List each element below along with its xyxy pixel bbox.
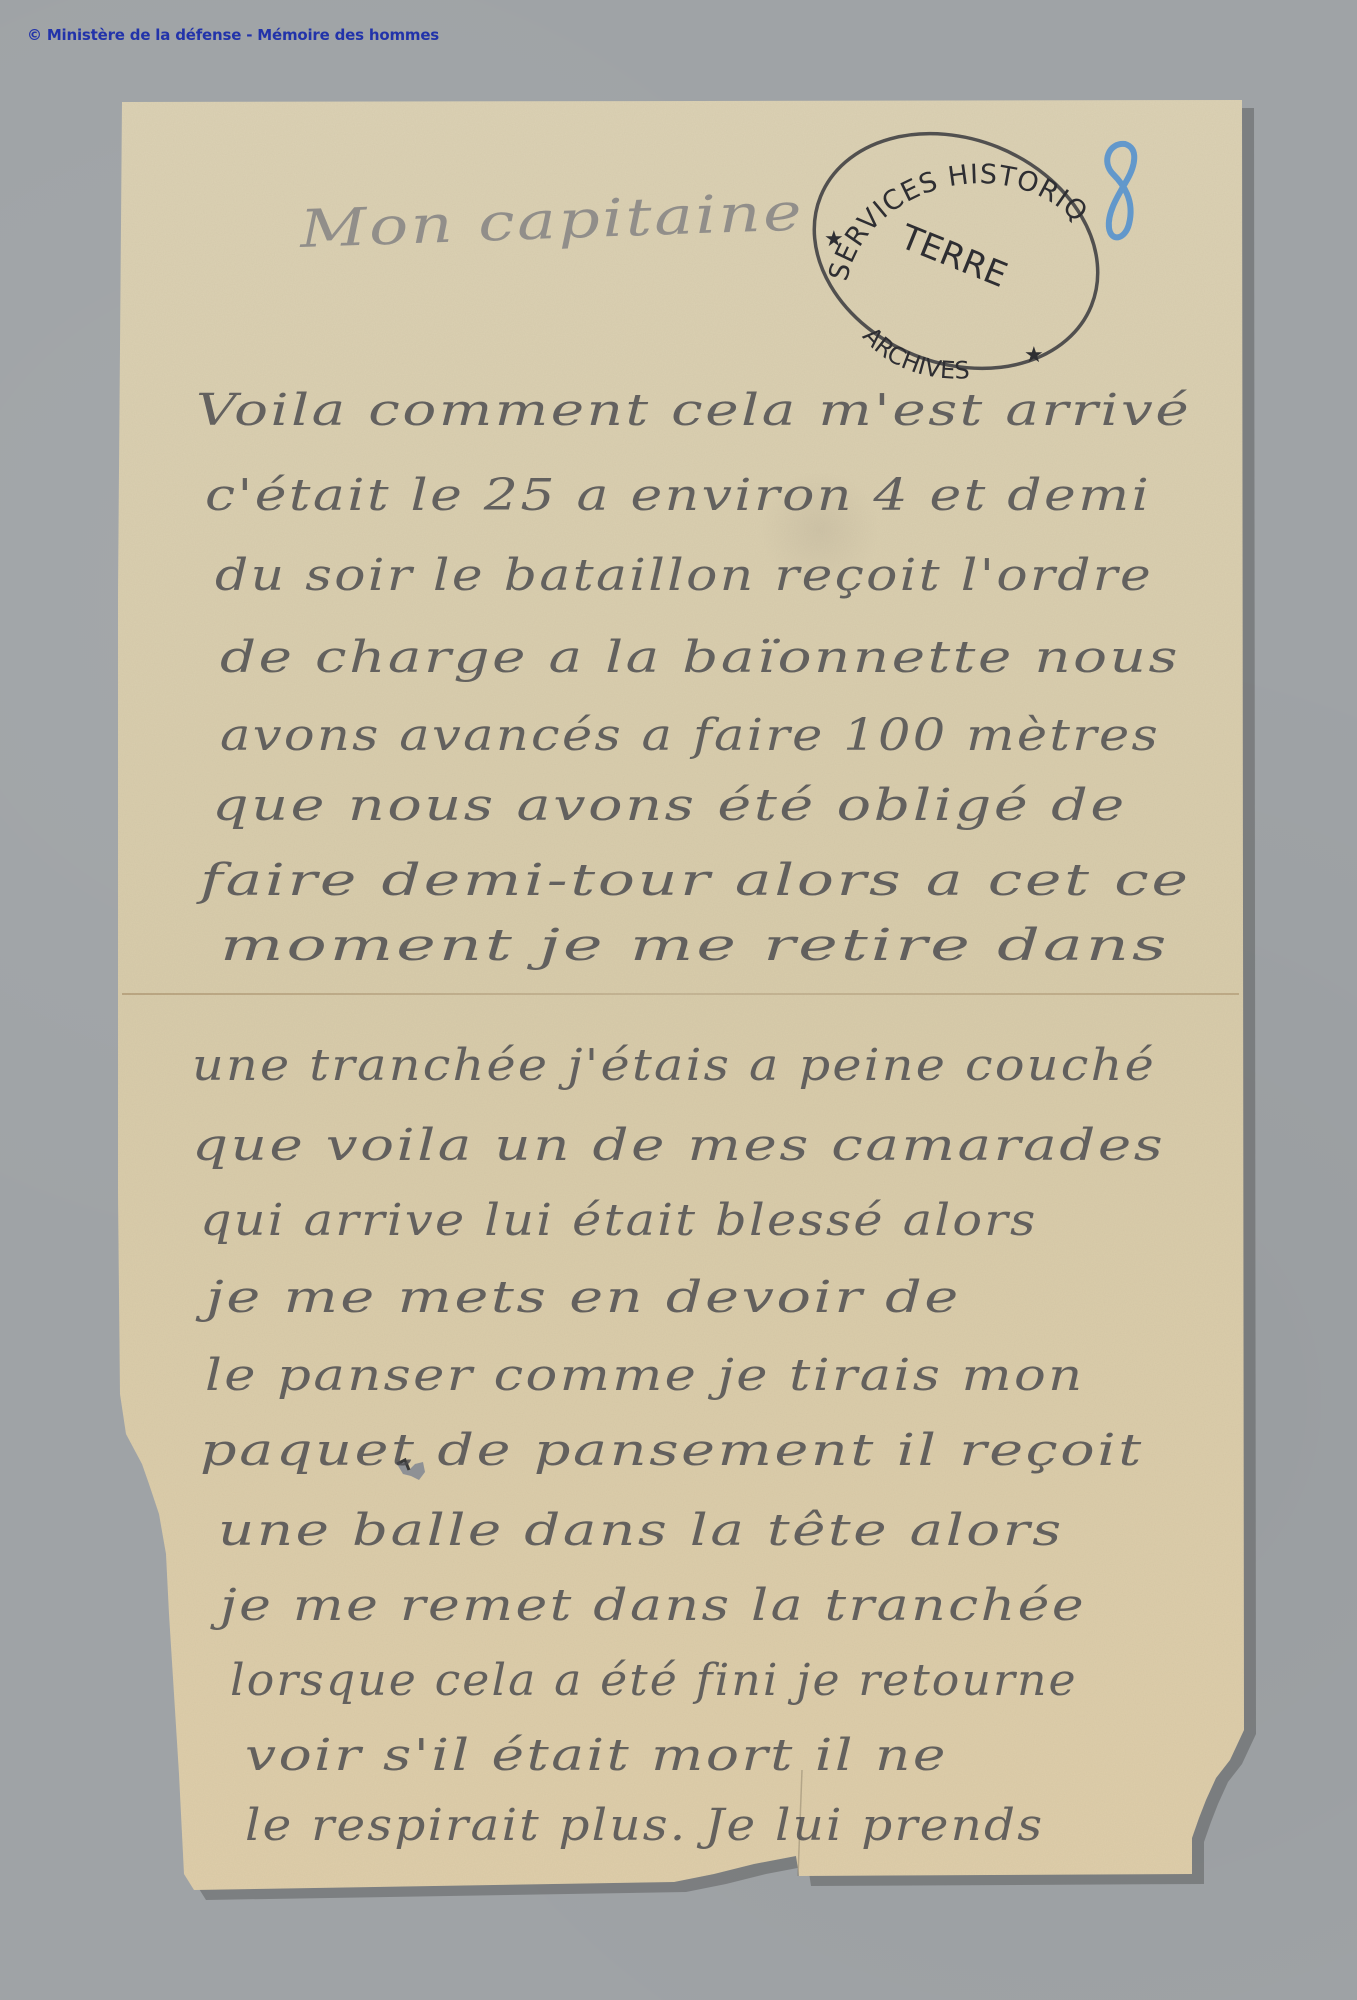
letter-line: le panser comme je tirais mon: [205, 1350, 1085, 1401]
letter-line: lorsque cela a été fini je retourne: [230, 1655, 1078, 1706]
letter-line: je me remet dans la tranchée: [220, 1580, 1086, 1631]
star-icon: ★: [824, 226, 844, 251]
letter-line: voir s'il était mort il ne: [245, 1730, 948, 1781]
archive-stamp: SERVICES HISTORIQUES TERRE ARCHIVES ★ ★: [806, 128, 1106, 374]
letter-line: paquet de pansement il reçoit: [200, 1425, 1144, 1476]
folio-number: [1095, 140, 1145, 250]
letter-line: le respirait plus. Je lui prends: [245, 1800, 1044, 1851]
letter-line: qui arrive lui était blessé alors: [200, 1195, 1038, 1246]
fold-crease: [122, 993, 1239, 995]
letter-line: du soir le bataillon reçoit l'ordre: [215, 550, 1153, 601]
letter-line: de charge a la baïonnette nous: [220, 632, 1180, 683]
letter-line: je me mets en devoir de: [206, 1272, 961, 1323]
letter-line: une balle dans la tête alors: [218, 1505, 1064, 1556]
letter-line: que nous avons été obligé de: [212, 780, 1127, 831]
letter-line: que voila un de mes camarades: [192, 1120, 1165, 1171]
stamp-center-text: TERRE: [894, 217, 1013, 296]
letter-line: moment je me retire dans: [220, 920, 1169, 971]
letter-line: Voila comment cela m'est arrivé: [196, 385, 1191, 436]
letter-line: avons avancés a faire 100 mètres: [220, 710, 1160, 761]
letter-line: une tranchée j'étais a peine couché: [192, 1040, 1156, 1091]
letter-line: faire demi-tour alors a cet ce: [200, 855, 1191, 906]
letter-line: c'était le 25 a environ 4 et demi: [205, 470, 1151, 521]
star-icon: ★: [1024, 342, 1044, 367]
